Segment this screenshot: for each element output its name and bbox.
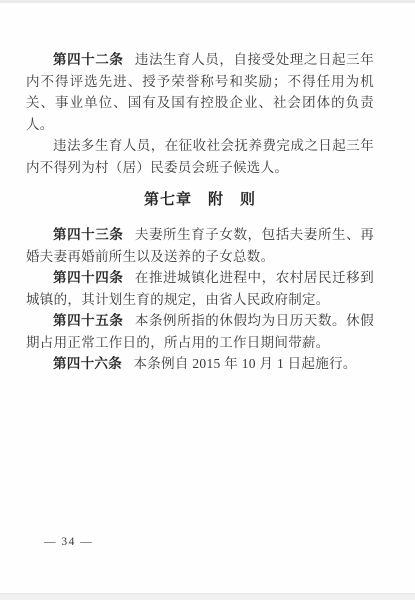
document-body: 第四十二条违法生育人员，自接受处理之日起三年内不得评选先进、授予荣誉称号和奖励；… [26, 49, 374, 375]
article-42-paragraph-2: 违法多生育人员，在征收社会抚养费完成之日起三年内不得列为村（居）民委员会班子候选… [26, 135, 374, 178]
scan-edge-bottom [0, 593, 415, 600]
article-46-text: 本条例自 2015 年 10 月 1 日起施行。 [133, 356, 356, 371]
scanned-document-page: 第四十二条违法生育人员，自接受处理之日起三年内不得评选先进、授予荣誉称号和奖励；… [0, 0, 415, 600]
page-number: — 34 — [44, 536, 93, 548]
article-45-paragraph: 第四十五条本条例所指的休假均为日历天数。休假期占用正常工作日的，所占用的工作日期… [26, 310, 374, 353]
article-46-number: 第四十六条 [53, 356, 122, 371]
article-42-number: 第四十二条 [53, 52, 123, 67]
chapter-7-heading: 第七章 附 则 [26, 189, 374, 211]
article-45-number: 第四十五条 [53, 313, 123, 328]
article-43-paragraph: 第四十三条夫妻所生育子女数，包括夫妻所生、再婚夫妻再婚前所生以及送养的子女总数。 [26, 224, 374, 267]
article-42-paragraph-2-text: 违法多生育人员，在征收社会抚养费完成之日起三年内不得列为村（居）民委员会班子候选… [26, 138, 374, 175]
article-42-paragraph: 第四十二条违法生育人员，自接受处理之日起三年内不得评选先进、授予荣誉称号和奖励；… [26, 49, 374, 135]
article-44-paragraph: 第四十四条在推进城镇化进程中，农村居民迁移到城镇的，其计划生育的规定，由省人民政… [26, 267, 374, 310]
scan-edge-top [0, 0, 415, 3]
article-44-number: 第四十四条 [53, 270, 123, 285]
article-43-number: 第四十三条 [53, 227, 123, 242]
article-46-paragraph: 第四十六条本条例自 2015 年 10 月 1 日起施行。 [26, 353, 374, 375]
